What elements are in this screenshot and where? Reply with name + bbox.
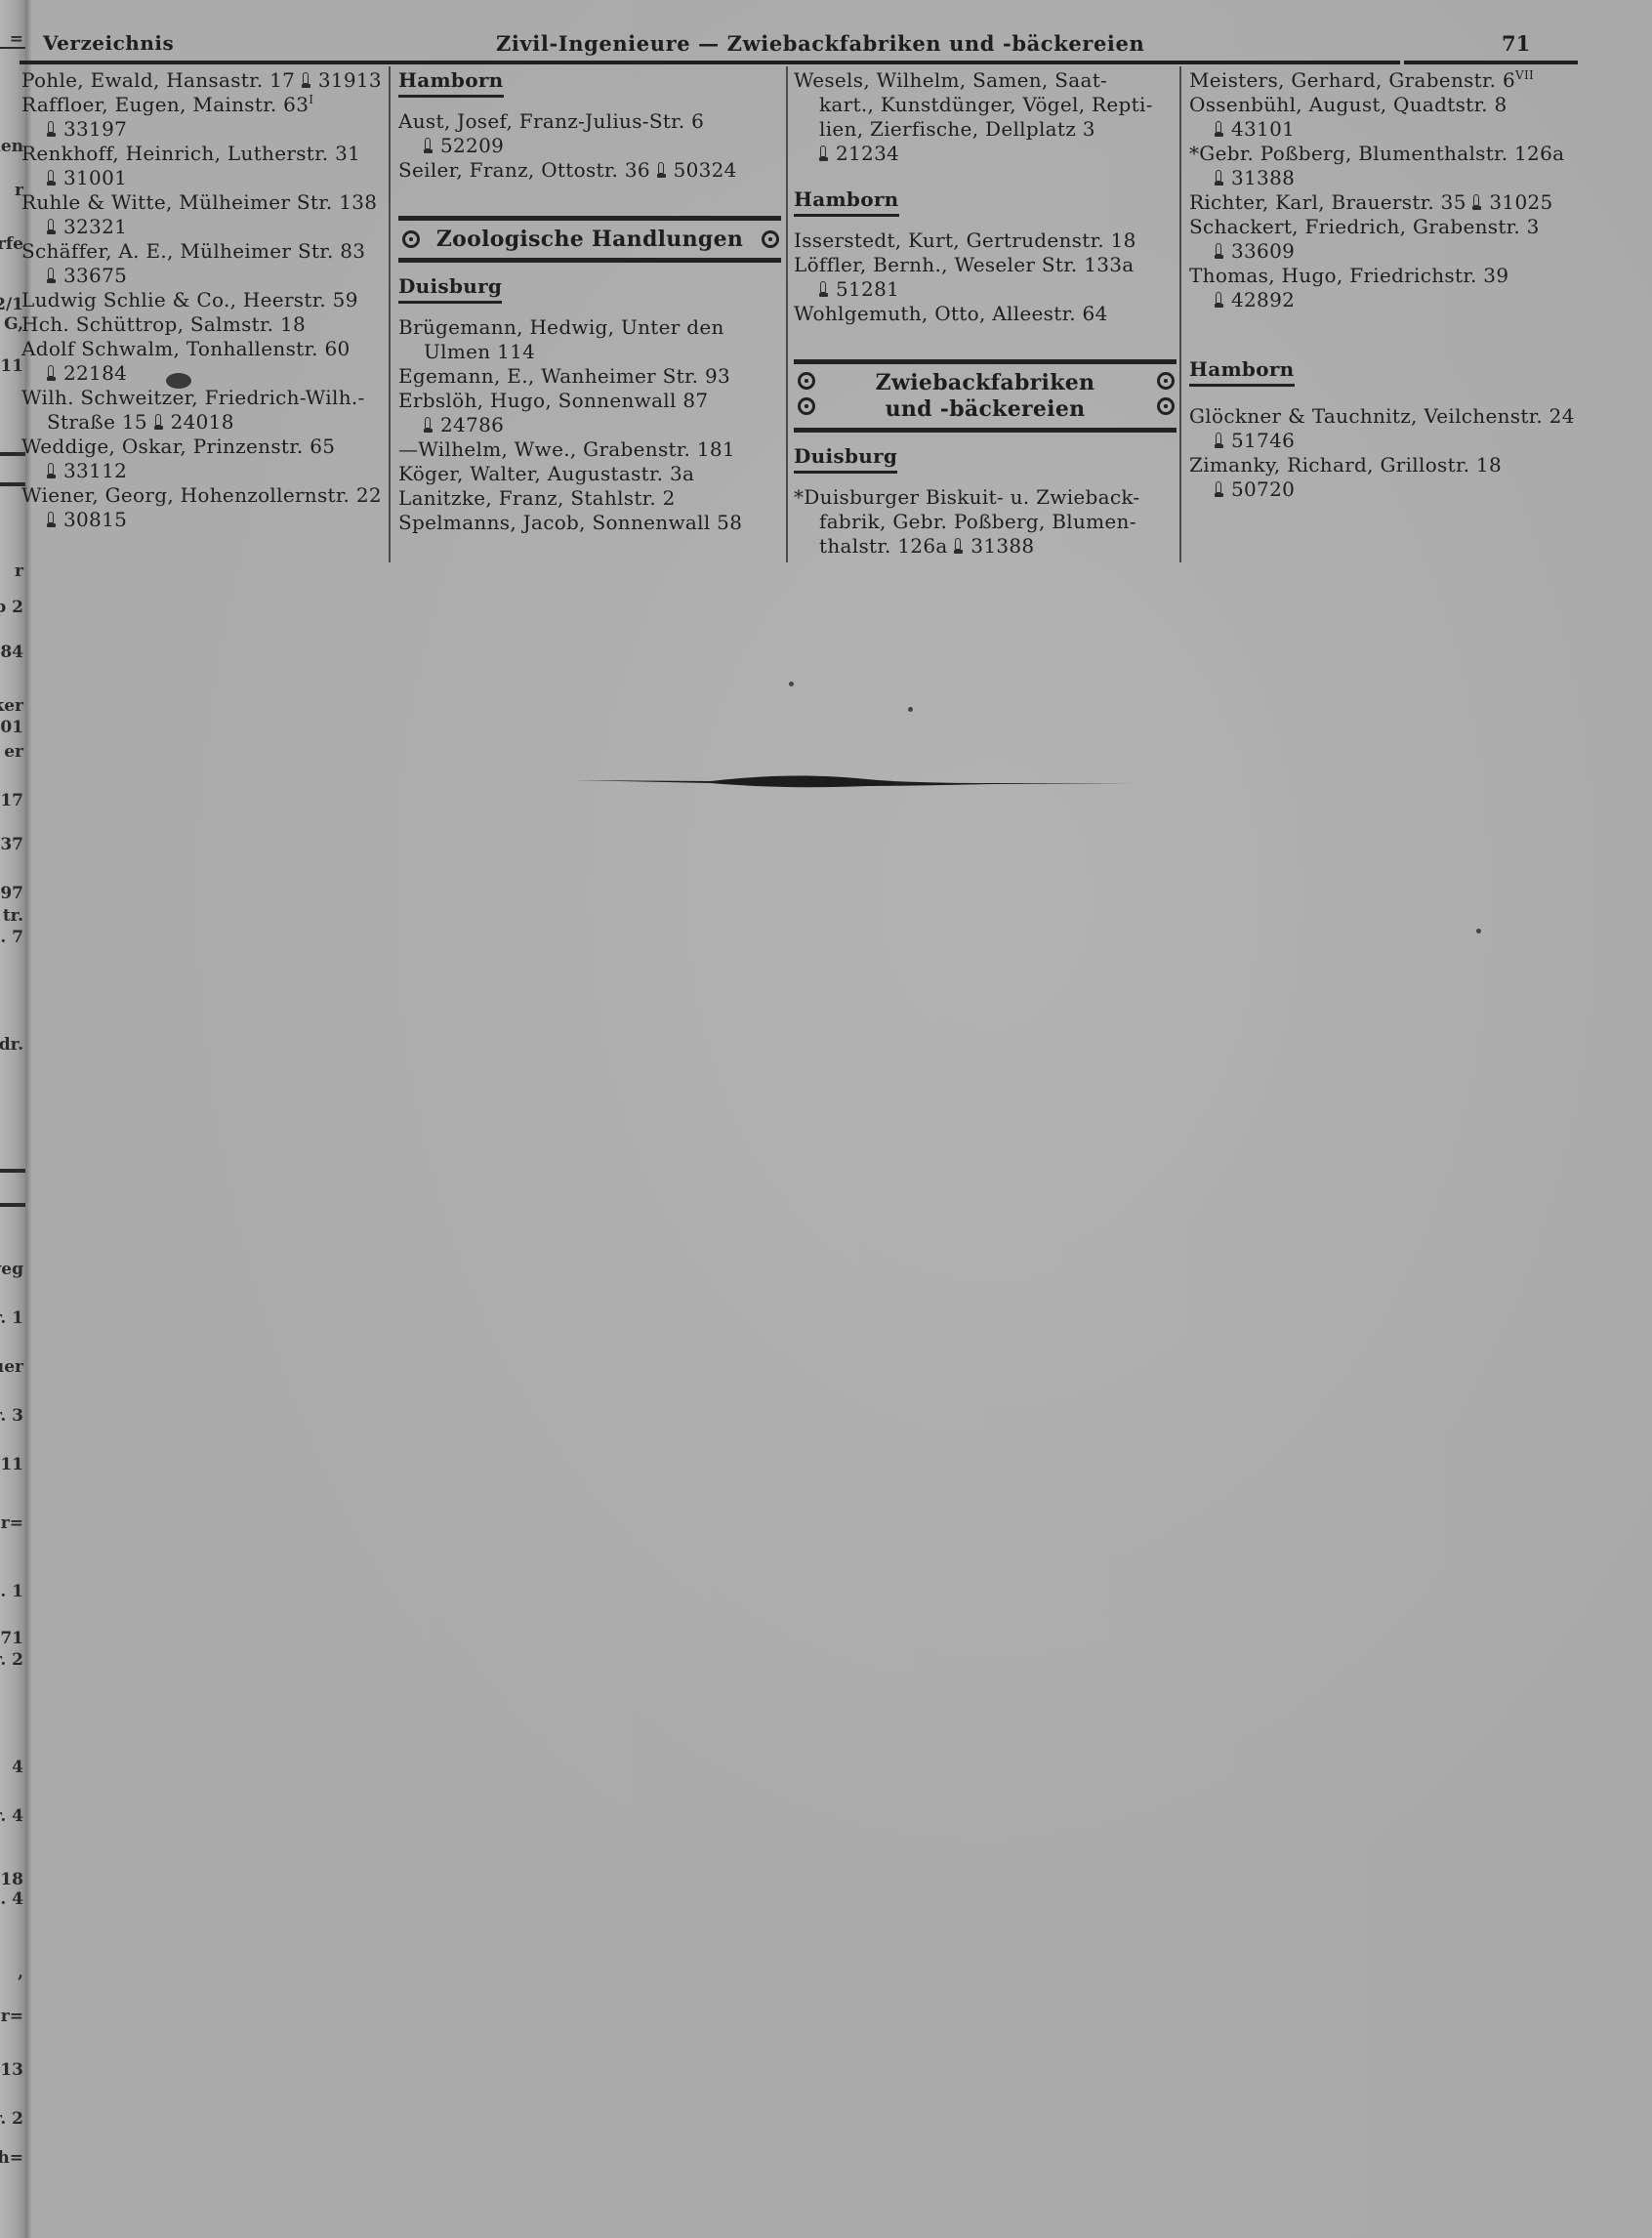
directory-entry: —Wilhelm, Wwe., Grabenstr. 181 xyxy=(398,437,781,462)
entry-continuation: lien, Zierfische, Dellplatz 3 xyxy=(794,117,1177,142)
entry-list: Aust, Josef, Franz-Julius-Str. 652209Sei… xyxy=(398,109,781,183)
column-divider xyxy=(1179,66,1181,562)
header-rule xyxy=(20,61,1400,64)
target-ornament-icon xyxy=(1157,397,1175,415)
target-ornament-icon xyxy=(798,372,815,390)
target-ornament-icon xyxy=(402,230,420,248)
previous-page-fragment: r. 3 xyxy=(0,1406,23,1426)
ink-blot xyxy=(166,373,191,389)
previous-page-fragment: r xyxy=(15,561,23,581)
telephone-icon xyxy=(47,463,56,478)
phone-line: 43101 xyxy=(1189,117,1580,142)
entry-text: Pohle, Ewald, Hansastr. 17 31913 xyxy=(21,68,382,92)
phone-number: 43101 xyxy=(1215,117,1295,141)
header-rule-right xyxy=(1404,61,1578,64)
previous-page-fragment: 13 xyxy=(0,2060,23,2080)
phone-line: 42892 xyxy=(1189,288,1580,312)
previous-page-fragment: tr. xyxy=(3,906,23,926)
entry-text: Glöckner & Tauchnitz, Veilchenstr. 24 xyxy=(1189,404,1575,428)
previous-page-fragment: r. 2 xyxy=(0,1650,23,1670)
previous-page-fragment: 11 xyxy=(0,356,23,376)
entry-text: Meisters, Gerhard, Grabenstr. 6VII xyxy=(1189,68,1534,92)
telephone-icon xyxy=(154,414,163,430)
telephone-icon xyxy=(1215,292,1223,308)
directory-entry: Isserstedt, Kurt, Gertrudenstr. 18 xyxy=(794,228,1177,253)
entry-text: Schackert, Friedrich, Grabenstr. 3 xyxy=(1189,215,1540,238)
directory-entry: Adolf Schwalm, Tonhallenstr. 6022184 xyxy=(21,337,387,386)
directory-entry: Thomas, Hugo, Friedrichstr. 3942892 xyxy=(1189,264,1580,312)
previous-page-fragment: r. 2 xyxy=(0,2109,23,2129)
phone-line: 31388 xyxy=(1189,166,1580,190)
telephone-icon xyxy=(47,365,56,381)
telephone-icon xyxy=(1215,170,1223,186)
phone-line: 50720 xyxy=(1189,477,1580,502)
floor-superscript: I xyxy=(309,93,313,106)
city-heading-duisburg: Duisburg xyxy=(794,444,897,474)
phone-number: 42892 xyxy=(1215,288,1295,311)
directory-entry: Ludwig Schlie & Co., Heerstr. 59 xyxy=(21,288,387,312)
directory-entry: Lanitzke, Franz, Stahlstr. 2 xyxy=(398,486,781,511)
entry-text: Wesels, Wilhelm, Samen, Saat- xyxy=(794,68,1107,92)
phone-line: 33112 xyxy=(21,459,387,483)
entry-list: Brügemann, Hedwig, Unter denUlmen 114Ege… xyxy=(398,315,781,535)
phone-number: 31388 xyxy=(1215,166,1295,189)
entry-text: Spelmanns, Jacob, Sonnenwall 58 xyxy=(398,511,742,534)
phone-number: 22184 xyxy=(47,361,127,385)
city-heading-hamborn: Hamborn xyxy=(398,68,504,98)
phone-line: 24786 xyxy=(398,413,781,437)
previous-page-fragment: 4 xyxy=(12,1758,23,1777)
entry-continuation: thalstr. 126a 31388 xyxy=(794,534,1177,559)
phone-line: 30815 xyxy=(21,508,387,532)
previous-page-fragment: auer xyxy=(0,1357,23,1377)
entry-list: Isserstedt, Kurt, Gertrudenstr. 18Löffle… xyxy=(794,228,1177,326)
entry-text: Ossenbühl, August, Quadtstr. 8 xyxy=(1189,93,1507,116)
entry-text: Aust, Josef, Franz-Julius-Str. 6 xyxy=(398,109,704,133)
phone-number: 33112 xyxy=(47,459,127,482)
previous-page-fragment: , xyxy=(18,1963,23,1982)
phone-number: 50324 xyxy=(657,158,737,182)
telephone-icon xyxy=(1472,194,1481,210)
phone-number: 21234 xyxy=(819,142,899,165)
phone-number: 51746 xyxy=(1215,429,1295,452)
paper-speck xyxy=(908,707,913,712)
entry-text: *Gebr. Poßberg, Blumenthalstr. 126a xyxy=(1189,142,1564,165)
entry-text: Schäffer, A. E., Mülheimer Str. 83 xyxy=(21,239,365,263)
previous-page-fragment: . 4 xyxy=(0,1889,23,1909)
previous-page-fragment: r. 4 xyxy=(0,1806,23,1826)
entry-text: Wohlgemuth, Otto, Alleestr. 64 xyxy=(794,302,1108,325)
entry-text: Erbslöh, Hugo, Sonnenwall 87 xyxy=(398,389,708,412)
telephone-icon xyxy=(47,512,56,527)
entry-text: Richter, Karl, Brauerstr. 35 31025 xyxy=(1189,190,1553,214)
entry-text: Wiener, Georg, Hohenzollernstr. 22 xyxy=(21,483,382,507)
entry-text: Wilh. Schweitzer, Friedrich-Wilh.- xyxy=(21,386,365,409)
city-heading-hamborn: Hamborn xyxy=(794,187,899,217)
directory-entry: Seiler, Franz, Ottostr. 36 50324 xyxy=(398,158,781,183)
entry-text: Ludwig Schlie & Co., Heerstr. 59 xyxy=(21,288,358,311)
entry-text: Thomas, Hugo, Friedrichstr. 39 xyxy=(1189,264,1508,287)
page-number: 71 xyxy=(1502,31,1530,56)
phone-number: 31388 xyxy=(954,534,1034,558)
directory-entry: Renkhoff, Heinrich, Lutherstr. 3131001 xyxy=(21,142,387,190)
directory-entry: Wiener, Georg, Hohenzollernstr. 2230815 xyxy=(21,483,387,532)
running-head-left: Verzeichnis xyxy=(43,31,174,55)
section-heading-zoologische-handlungen: Zoologische Handlungen xyxy=(398,216,781,263)
entry-text: Egemann, E., Wanheimer Str. 93 xyxy=(398,364,730,388)
previous-page-fragment: r. 1 xyxy=(0,1308,23,1328)
entry-text: Lanitzke, Franz, Stahlstr. 2 xyxy=(398,486,676,510)
entry-list: Glöckner & Tauchnitz, Veilchenstr. 24517… xyxy=(1189,404,1580,502)
entry-list: Meisters, Gerhard, Grabenstr. 6VIIOssenb… xyxy=(1189,68,1580,312)
directory-entry: Aust, Josef, Franz-Julius-Str. 652209 xyxy=(398,109,781,158)
directory-entry: Wesels, Wilhelm, Samen, Saat-kart., Kuns… xyxy=(794,68,1177,166)
phone-number: 33609 xyxy=(1215,239,1295,263)
previous-page-fragment: . 1 xyxy=(0,1582,23,1601)
previous-page-fragment: rich= xyxy=(0,2148,23,2168)
directory-entry: Köger, Walter, Augustastr. 3a xyxy=(398,462,781,486)
phone-line: 32321 xyxy=(21,215,387,239)
previous-page-fragment: 17 xyxy=(0,791,23,810)
telephone-icon xyxy=(819,145,828,161)
previous-page-fragment: 2/1 xyxy=(0,295,23,314)
directory-entry: *Gebr. Poßberg, Blumenthalstr. 126a31388 xyxy=(1189,142,1580,190)
phone-number: 24786 xyxy=(424,413,504,436)
target-ornament-icon xyxy=(1157,372,1175,390)
entry-text: *Duisburger Biskuit- u. Zwieback- xyxy=(794,485,1139,509)
directory-entry: Schackert, Friedrich, Grabenstr. 333609 xyxy=(1189,215,1580,264)
column-4: Meisters, Gerhard, Grabenstr. 6VIIOssenb… xyxy=(1189,68,1580,502)
previous-page-fragment: orfe xyxy=(0,234,23,254)
column-2: Hamborn Aust, Josef, Franz-Julius-Str. 6… xyxy=(398,68,781,535)
paper-speck xyxy=(1476,929,1481,933)
phone-line: 22184 xyxy=(21,361,387,386)
entry-list: *Duisburger Biskuit- u. Zwieback-fabrik,… xyxy=(794,485,1177,559)
telephone-icon xyxy=(424,138,433,153)
directory-entry: Richter, Karl, Brauerstr. 35 31025 xyxy=(1189,190,1580,215)
phone-number: 52209 xyxy=(424,134,504,157)
entry-text: Seiler, Franz, Ottostr. 36 50324 xyxy=(398,158,737,182)
target-ornament-icon xyxy=(798,397,815,415)
previous-page-fragment: 37 xyxy=(0,835,23,854)
entry-text: Hch. Schüttrop, Salmstr. 18 xyxy=(21,312,306,336)
section-heading-zwiebackfabriken: Zwiebackfabriken und -bäckereien xyxy=(794,359,1177,433)
telephone-icon xyxy=(954,538,963,554)
previous-page-fragment: 071 xyxy=(0,1629,23,1648)
gutter-rule xyxy=(0,1203,25,1207)
directory-entry: Ruhle & Witte, Mülheimer Str. 13832321 xyxy=(21,190,387,239)
entry-text: Raffloer, Eugen, Mainstr. 63I xyxy=(21,93,313,116)
previous-page-fragment: r= xyxy=(1,1513,23,1533)
running-head-title: Zivil-Ingenieure — Zwiebackfabriken und … xyxy=(496,31,1144,56)
phone-line: 52209 xyxy=(398,134,781,158)
entry-text: Ruhle & Witte, Mülheimer Str. 138 xyxy=(21,190,377,214)
column-divider xyxy=(389,66,391,562)
phone-number: 31913 xyxy=(302,68,382,92)
phone-number: 33197 xyxy=(47,117,127,141)
entry-text: Adolf Schwalm, Tonhallenstr. 60 xyxy=(21,337,351,360)
section-title-line-1: Zwiebackfabriken xyxy=(794,370,1177,396)
directory-entry: Wilh. Schweitzer, Friedrich-Wilh.-Straße… xyxy=(21,386,387,435)
entry-list: Wesels, Wilhelm, Samen, Saat-kart., Kuns… xyxy=(794,68,1177,166)
entry-text: Brügemann, Hedwig, Unter den xyxy=(398,315,724,339)
phone-line: 51746 xyxy=(1189,429,1580,453)
directory-entry: Egemann, E., Wanheimer Str. 93 xyxy=(398,364,781,389)
directory-entry: Meisters, Gerhard, Grabenstr. 6VII xyxy=(1189,68,1580,93)
previous-page-fragment: . 7 xyxy=(0,928,23,947)
directory-entry: Spelmanns, Jacob, Sonnenwall 58 xyxy=(398,511,781,535)
column-divider xyxy=(786,66,788,562)
city-heading-duisburg: Duisburg xyxy=(398,274,502,304)
telephone-icon xyxy=(657,162,666,178)
previous-page-fragment: 84 xyxy=(0,642,23,662)
directory-entry: Hch. Schüttrop, Salmstr. 18 xyxy=(21,312,387,337)
phone-number: 31001 xyxy=(47,166,127,189)
previous-page-fragment: 397 xyxy=(0,884,23,903)
telephone-icon xyxy=(1215,481,1223,497)
paper-speck xyxy=(789,682,794,686)
telephone-icon xyxy=(1215,433,1223,448)
directory-entry: Zimanky, Richard, Grillostr. 1850720 xyxy=(1189,453,1580,502)
phone-number: 32321 xyxy=(47,215,127,238)
directory-entry: Ossenbühl, August, Quadtstr. 843101 xyxy=(1189,93,1580,142)
entry-text: Weddige, Oskar, Prinzenstr. 65 xyxy=(21,435,335,458)
entry-text: Löffler, Bernh., Weseler Str. 133a xyxy=(794,253,1135,276)
telephone-icon xyxy=(302,72,310,88)
entry-text: Renkhoff, Heinrich, Lutherstr. 31 xyxy=(21,142,360,165)
entry-text: Zimanky, Richard, Grillostr. 18 xyxy=(1189,453,1502,477)
column-1: Pohle, Ewald, Hansastr. 17 31913Raffloer… xyxy=(21,68,387,532)
gutter-rule xyxy=(0,1169,25,1173)
entry-text: Isserstedt, Kurt, Gertrudenstr. 18 xyxy=(794,228,1136,252)
phone-line: 33609 xyxy=(1189,239,1580,264)
previous-page-fragment: 11 xyxy=(0,1455,23,1474)
phone-line: 33197 xyxy=(21,117,387,142)
telephone-icon xyxy=(1215,121,1223,137)
previous-page-fragment: er xyxy=(4,742,23,762)
phone-number: 33675 xyxy=(47,264,127,287)
directory-entry: Raffloer, Eugen, Mainstr. 63I33197 xyxy=(21,93,387,142)
phone-number: 30815 xyxy=(47,508,127,531)
directory-entry: *Duisburger Biskuit- u. Zwieback-fabrik,… xyxy=(794,485,1177,559)
directory-entry: Erbslöh, Hugo, Sonnenwall 8724786 xyxy=(398,389,781,437)
telephone-icon xyxy=(47,268,56,283)
column-3: Wesels, Wilhelm, Samen, Saat-kart., Kuns… xyxy=(794,68,1177,559)
phone-line: 31001 xyxy=(21,166,387,190)
telephone-icon xyxy=(424,417,433,433)
telephone-icon xyxy=(819,281,828,297)
entry-continuation: Straße 15 24018 xyxy=(21,410,387,435)
previous-page-fragment: acker xyxy=(0,696,23,716)
phone-number: 31025 xyxy=(1472,190,1552,214)
telephone-icon xyxy=(47,170,56,186)
telephone-icon xyxy=(47,219,56,234)
telephone-icon xyxy=(47,121,56,137)
previous-page-fragment: 618 xyxy=(0,1870,23,1889)
directory-entry: Löffler, Bernh., Weseler Str. 133a51281 xyxy=(794,253,1177,302)
directory-entry: Wohlgemuth, Otto, Alleestr. 64 xyxy=(794,302,1177,326)
directory-entry: Glöckner & Tauchnitz, Veilchenstr. 24517… xyxy=(1189,404,1580,453)
phone-line: 51281 xyxy=(794,277,1177,302)
directory-entry: Weddige, Oskar, Prinzenstr. 6533112 xyxy=(21,435,387,483)
floor-superscript: VII xyxy=(1515,68,1534,82)
directory-entry: Schäffer, A. E., Mülheimer Str. 8333675 xyxy=(21,239,387,288)
target-ornament-icon xyxy=(762,230,779,248)
previous-page-fragment: den xyxy=(0,137,23,156)
running-head: Verzeichnis Zivil-Ingenieure — Zwiebackf… xyxy=(0,31,1652,61)
entry-text: —Wilhelm, Wwe., Grabenstr. 181 xyxy=(398,437,735,461)
entry-continuation: kart., Kunstdünger, Vögel, Repti- xyxy=(794,93,1177,117)
phone-number: 50720 xyxy=(1215,477,1295,501)
directory-entry: Brügemann, Hedwig, Unter denUlmen 114 xyxy=(398,315,781,364)
phone-number: 24018 xyxy=(154,410,234,434)
directory-entry: Pohle, Ewald, Hansastr. 17 31913 xyxy=(21,68,387,93)
telephone-icon xyxy=(1215,243,1223,259)
entry-continuation: Ulmen 114 xyxy=(398,340,781,364)
entry-text: Köger, Walter, Augustastr. 3a xyxy=(398,462,694,485)
section-title-line-2: und -bäckereien xyxy=(794,396,1177,423)
section-title: Zoologische Handlungen xyxy=(436,227,743,252)
previous-page-fragment: er= xyxy=(0,2007,23,2026)
phone-line: 33675 xyxy=(21,264,387,288)
previous-page-fragment: edr. xyxy=(0,1035,23,1055)
section-end-flourish xyxy=(574,769,1136,793)
phone-number: 51281 xyxy=(819,277,899,301)
previous-page-fragment: veg xyxy=(0,1260,23,1279)
previous-page-fragment: p 2 xyxy=(0,598,23,617)
entry-continuation: fabrik, Gebr. Poßberg, Blumen- xyxy=(794,510,1177,534)
city-heading-hamborn: Hamborn xyxy=(1189,357,1295,387)
previous-page-fragment: 201 xyxy=(0,718,23,737)
phone-line: 21234 xyxy=(794,142,1177,166)
